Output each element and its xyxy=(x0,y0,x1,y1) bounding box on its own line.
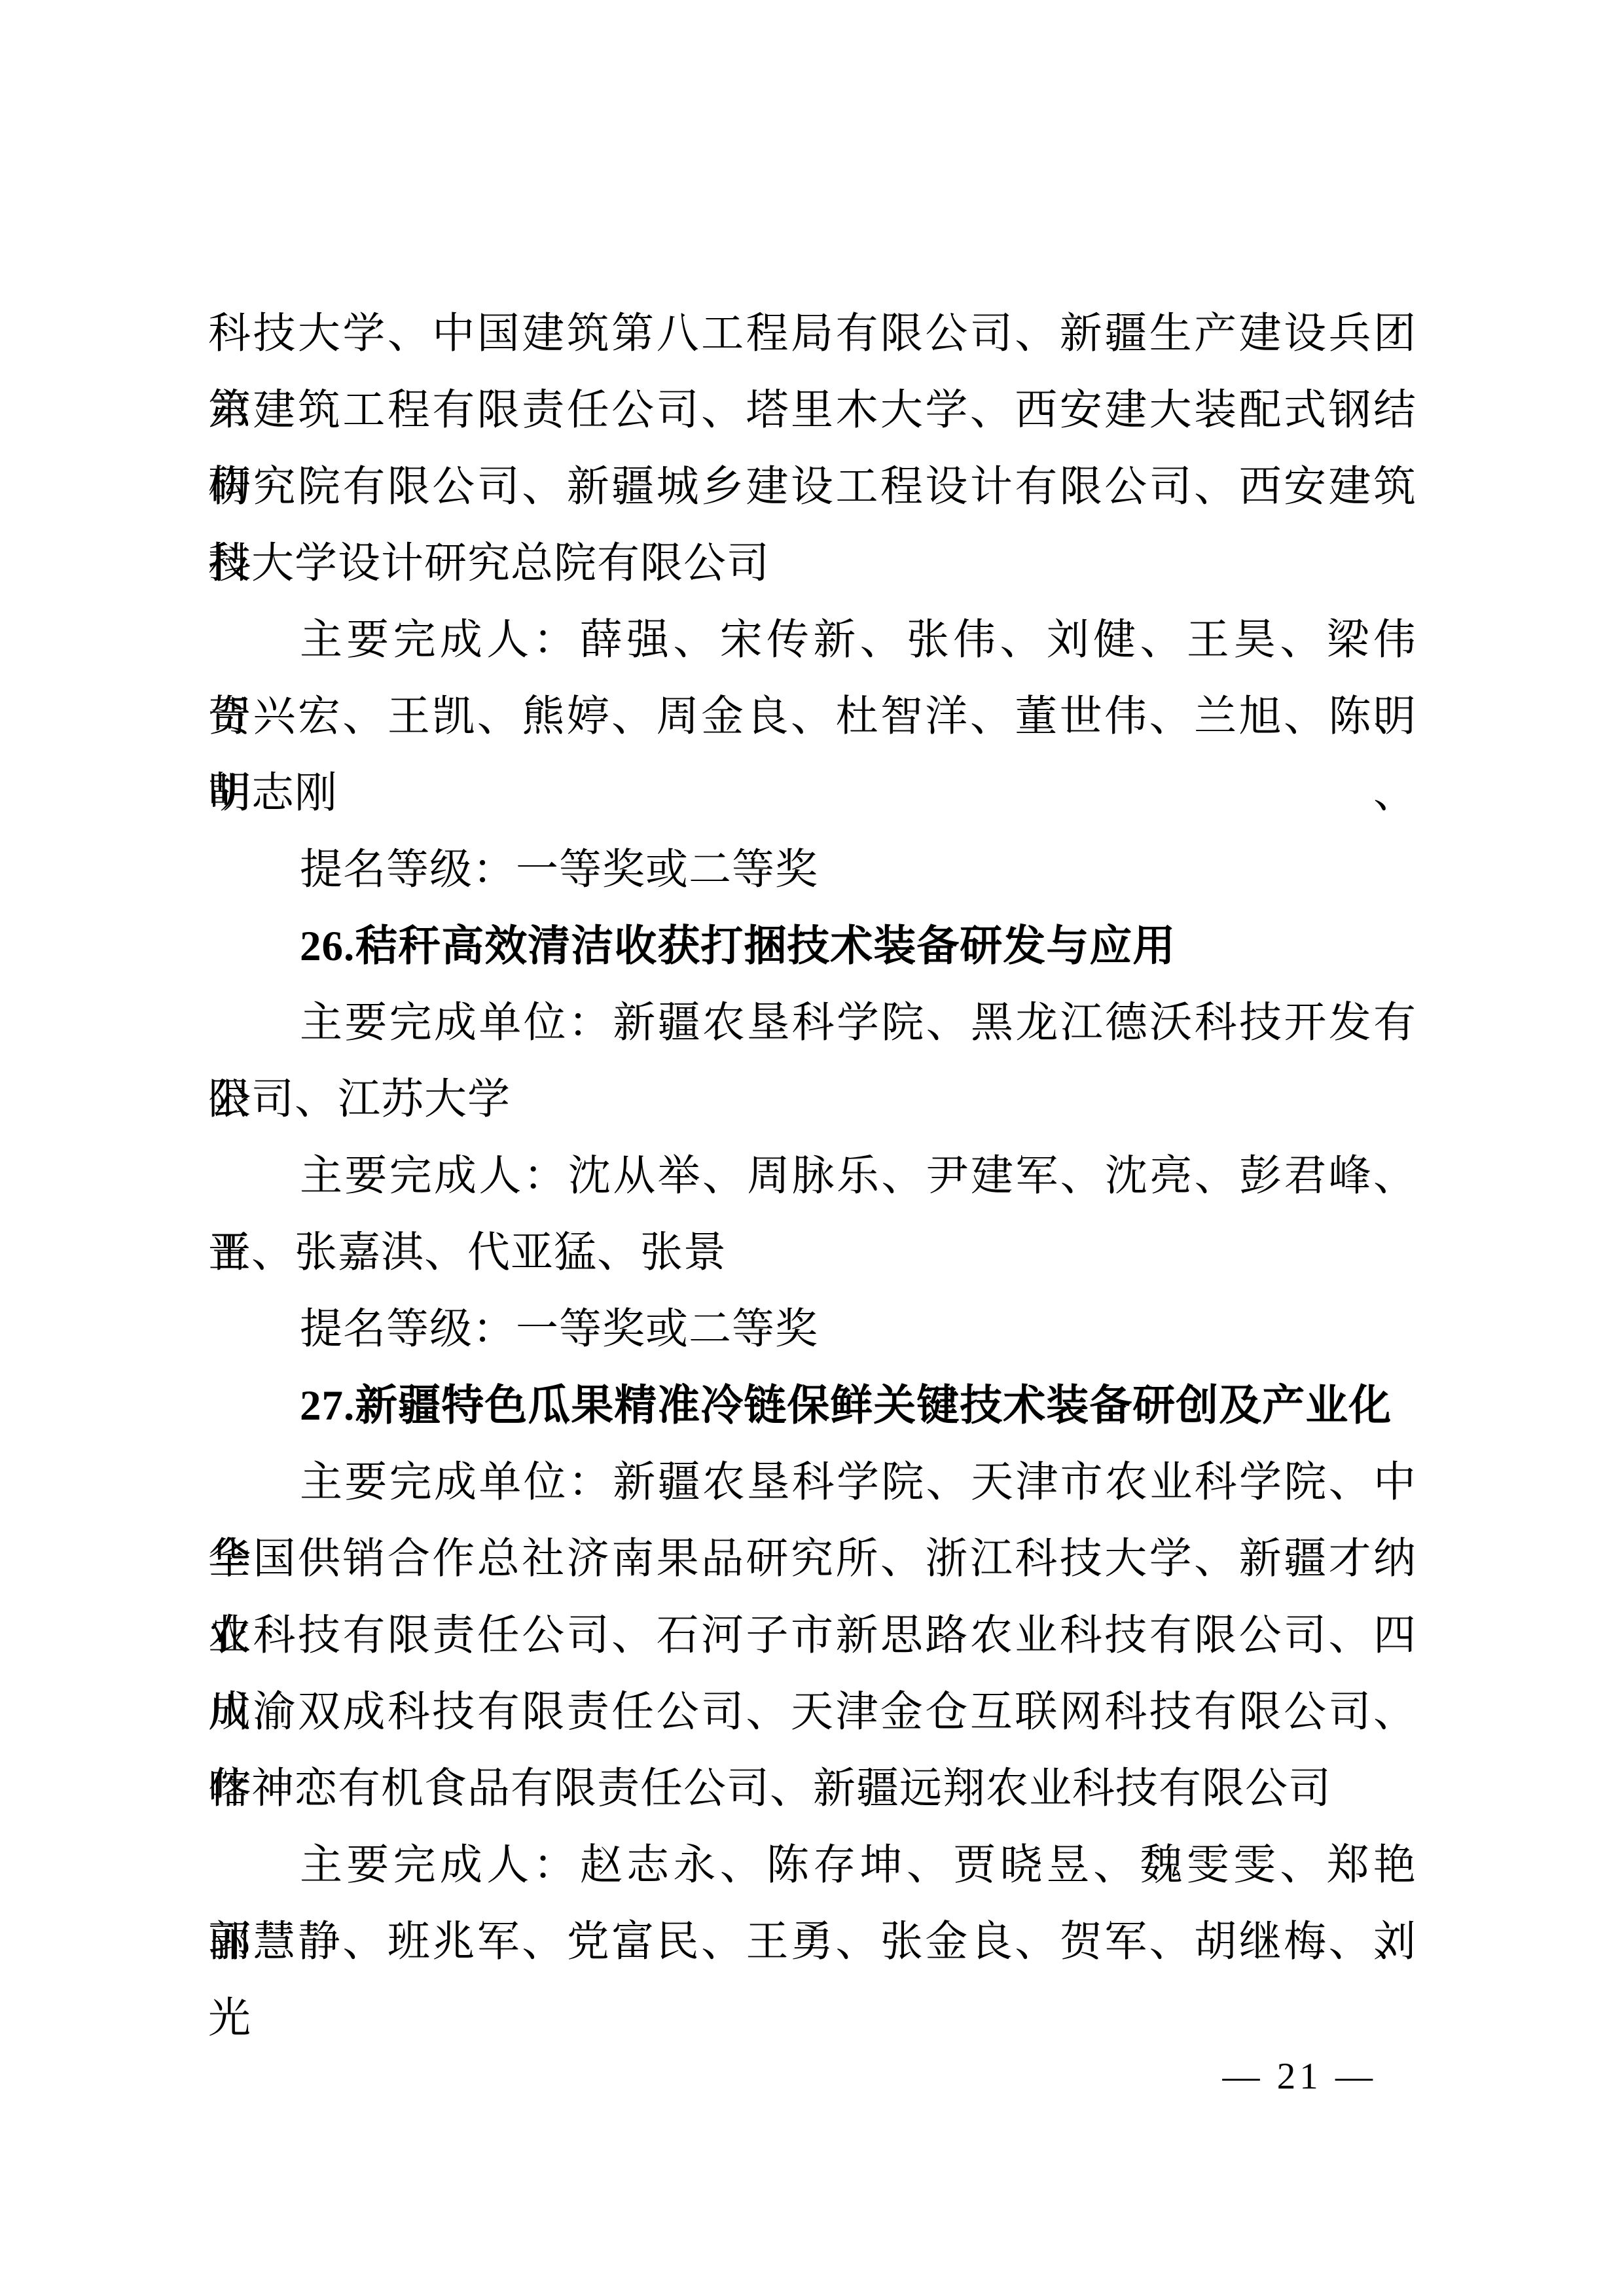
document-line: 郭慧静、班兆军、党富民、王勇、张金良、贺军、胡继梅、刘光 xyxy=(208,1904,1416,1981)
document-line: 公司、江苏大学 xyxy=(208,1062,1416,1138)
document-body: 科技大学、中国建筑第八工程局有限公司、新疆生产建设兵团第六建筑工程有限责任公司、… xyxy=(208,296,1416,1981)
document-line: 主要完成人：赵志永、陈存坤、贾晓昱、魏雯雯、郑艳丽、 xyxy=(208,1827,1416,1904)
document-line: 贺兴宏、王凯、熊婷、周金良、杜智洋、董世伟、兰旭、陈明明、 xyxy=(208,679,1416,755)
document-line: 晋、张嘉淇、代亚猛、张景 xyxy=(208,1215,1416,1291)
document-line: 技大学设计研究总院有限公司 xyxy=(208,526,1416,602)
section-heading: 27.新疆特色瓜果精准冷链保鲜关键技术装备研创及产业化 xyxy=(208,1368,1416,1444)
document-page: 科技大学、中国建筑第八工程局有限公司、新疆生产建设兵团第六建筑工程有限责任公司、… xyxy=(0,0,1624,2296)
document-line: 科技大学、中国建筑第八工程局有限公司、新疆生产建设兵团第 xyxy=(208,296,1416,372)
document-line: 提名等级：一等奖或二等奖 xyxy=(208,1291,1416,1368)
document-line: 主要完成人：薛强、宋传新、张伟、刘健、王昊、梁伟奇、 xyxy=(208,602,1416,679)
section-heading: 26.秸秆高效清洁收获打捆技术装备研发与应用 xyxy=(208,908,1416,985)
document-line: 成渝双成科技有限责任公司、天津金仓互联网科技有限公司、喀 xyxy=(208,1674,1416,1751)
document-line: 全国供销合作总社济南果品研究所、浙江科技大学、新疆才纳农 xyxy=(208,1521,1416,1598)
document-line: 什神恋有机食品有限责任公司、新疆远翔农业科技有限公司 xyxy=(208,1751,1416,1827)
document-line: 六建筑工程有限责任公司、塔里木大学、西安建大装配式钢结构 xyxy=(208,372,1416,449)
document-line: 业科技有限责任公司、石河子市新思路农业科技有限公司、四川 xyxy=(208,1598,1416,1674)
document-line: 主要完成单位：新疆农垦科学院、天津市农业科学院、中华 xyxy=(208,1444,1416,1521)
document-line: 研究院有限公司、新疆城乡建设工程设计有限公司、西安建筑科 xyxy=(208,449,1416,526)
document-line: 主要完成单位：新疆农垦科学院、黑龙江德沃科技开发有限 xyxy=(208,985,1416,1062)
document-line: 提名等级：一等奖或二等奖 xyxy=(208,832,1416,908)
document-line: 主要完成人：沈从举、周脉乐、尹建军、沈亮、彭君峰、王 xyxy=(208,1138,1416,1215)
page-number: — 21 — xyxy=(1223,2055,1377,2098)
